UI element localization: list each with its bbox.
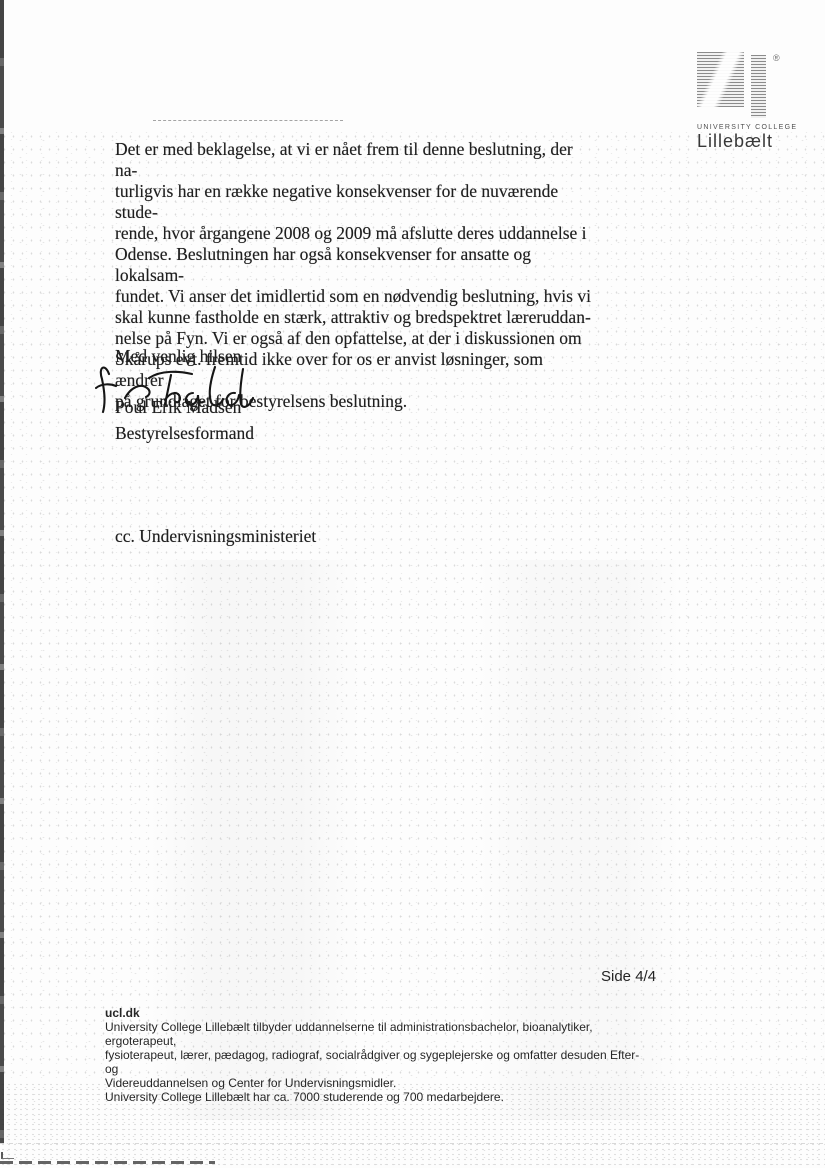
footer-line: Videreuddannelsen og Center for Undervis… bbox=[105, 1076, 650, 1090]
fold-mark bbox=[153, 120, 343, 121]
logo-mark-right-block bbox=[751, 55, 766, 118]
letter-body-line: rende, hvor årgangene 2008 og 2009 må af… bbox=[115, 223, 593, 244]
cc-line: cc. Undervisningsministeriet bbox=[115, 526, 316, 547]
logo-lillebaelt-text: Lillebælt bbox=[697, 131, 825, 152]
letter-body-line: turligvis har en række negative konsekve… bbox=[115, 181, 593, 223]
logo-mark-icon: ® bbox=[697, 50, 825, 118]
scan-bottom-dash-artifact bbox=[0, 1161, 215, 1164]
page-indicator: Side 4/4 bbox=[601, 968, 656, 985]
signer-name: Poul Erik Madsen bbox=[115, 397, 241, 418]
footer-website: ucl.dk bbox=[105, 1006, 650, 1020]
signer-title: Bestyrelsesformand bbox=[115, 423, 254, 444]
letter-body-line: skal kunne fastholde en stærk, attraktiv… bbox=[115, 307, 593, 328]
letter-body-line: fundet. Vi anser det imidlertid som en n… bbox=[115, 286, 593, 307]
footer-block: ucl.dk University College Lillebælt tilb… bbox=[105, 1006, 650, 1104]
footer-description: University College Lillebælt tilbyder ud… bbox=[105, 1020, 650, 1104]
logo-mark-left-block bbox=[697, 52, 744, 107]
letter-body-line: Odense. Beslutningen har også konsekvens… bbox=[115, 244, 593, 286]
registered-trademark-symbol: ® bbox=[773, 53, 780, 63]
footer-line: University College Lillebælt har ca. 700… bbox=[105, 1090, 650, 1104]
scan-bottom-speckle-line bbox=[0, 1143, 825, 1144]
letter-body-line: Det er med beklagelse, at vi er nået fre… bbox=[115, 139, 593, 181]
scan-corner-artifact bbox=[1, 1152, 14, 1159]
footer-line: University College Lillebælt tilbyder ud… bbox=[105, 1020, 650, 1048]
logo-university-college-text: UNIVERSITY COLLEGE bbox=[697, 124, 825, 131]
scan-edge-artifact bbox=[0, 0, 4, 1143]
scanned-letter-page: ® UNIVERSITY COLLEGE Lillebælt Det er me… bbox=[0, 0, 825, 1168]
university-college-lillebaelt-logo: ® UNIVERSITY COLLEGE Lillebælt bbox=[697, 50, 825, 152]
footer-line: fysioterapeut, lærer, pædagog, radiograf… bbox=[105, 1048, 650, 1076]
